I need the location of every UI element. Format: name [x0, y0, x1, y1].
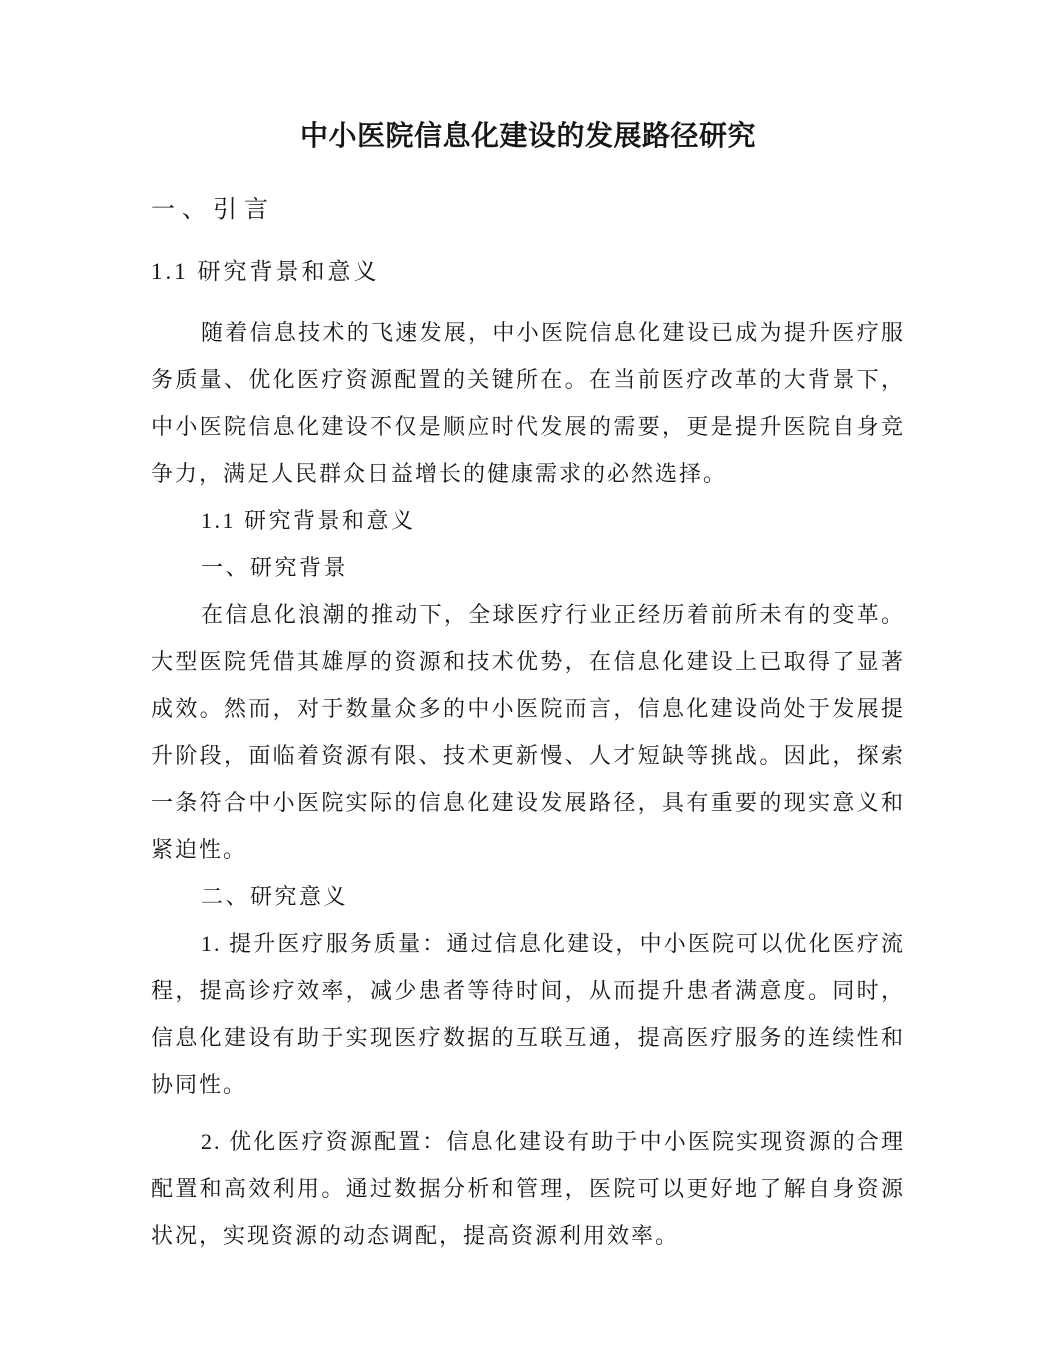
paragraph-research-background: 在信息化浪潮的推动下，全球医疗行业正经历着前所未有的变革。大型医院凭借其雄厚的资… [151, 591, 905, 873]
paragraph-intro: 随着信息技术的飞速发展，中小医院信息化建设已成为提升医疗服务质量、优化医疗资源配… [151, 309, 905, 497]
subheading-research-significance: 二、研究意义 [151, 873, 905, 920]
subheading-background-and-significance: 1.1 研究背景和意义 [151, 497, 905, 544]
document-page: 中小医院信息化建设的发展路径研究 一、引言 1.1 研究背景和意义 随着信息技术… [0, 0, 1056, 1365]
heading-introduction: 一、引言 [151, 194, 905, 227]
paragraph-significance-item-1: 1. 提升医疗服务质量：通过信息化建设，中小医院可以优化医疗流程，提高诊疗效率，… [151, 920, 905, 1108]
subheading-research-background: 一、研究背景 [151, 544, 905, 591]
heading-background-and-significance: 1.1 研究背景和意义 [151, 255, 905, 289]
paragraph-significance-item-2: 2. 优化医疗资源配置：信息化建设有助于中小医院实现资源的合理配置和高效利用。通… [151, 1118, 905, 1259]
document-title: 中小医院信息化建设的发展路径研究 [151, 114, 905, 158]
